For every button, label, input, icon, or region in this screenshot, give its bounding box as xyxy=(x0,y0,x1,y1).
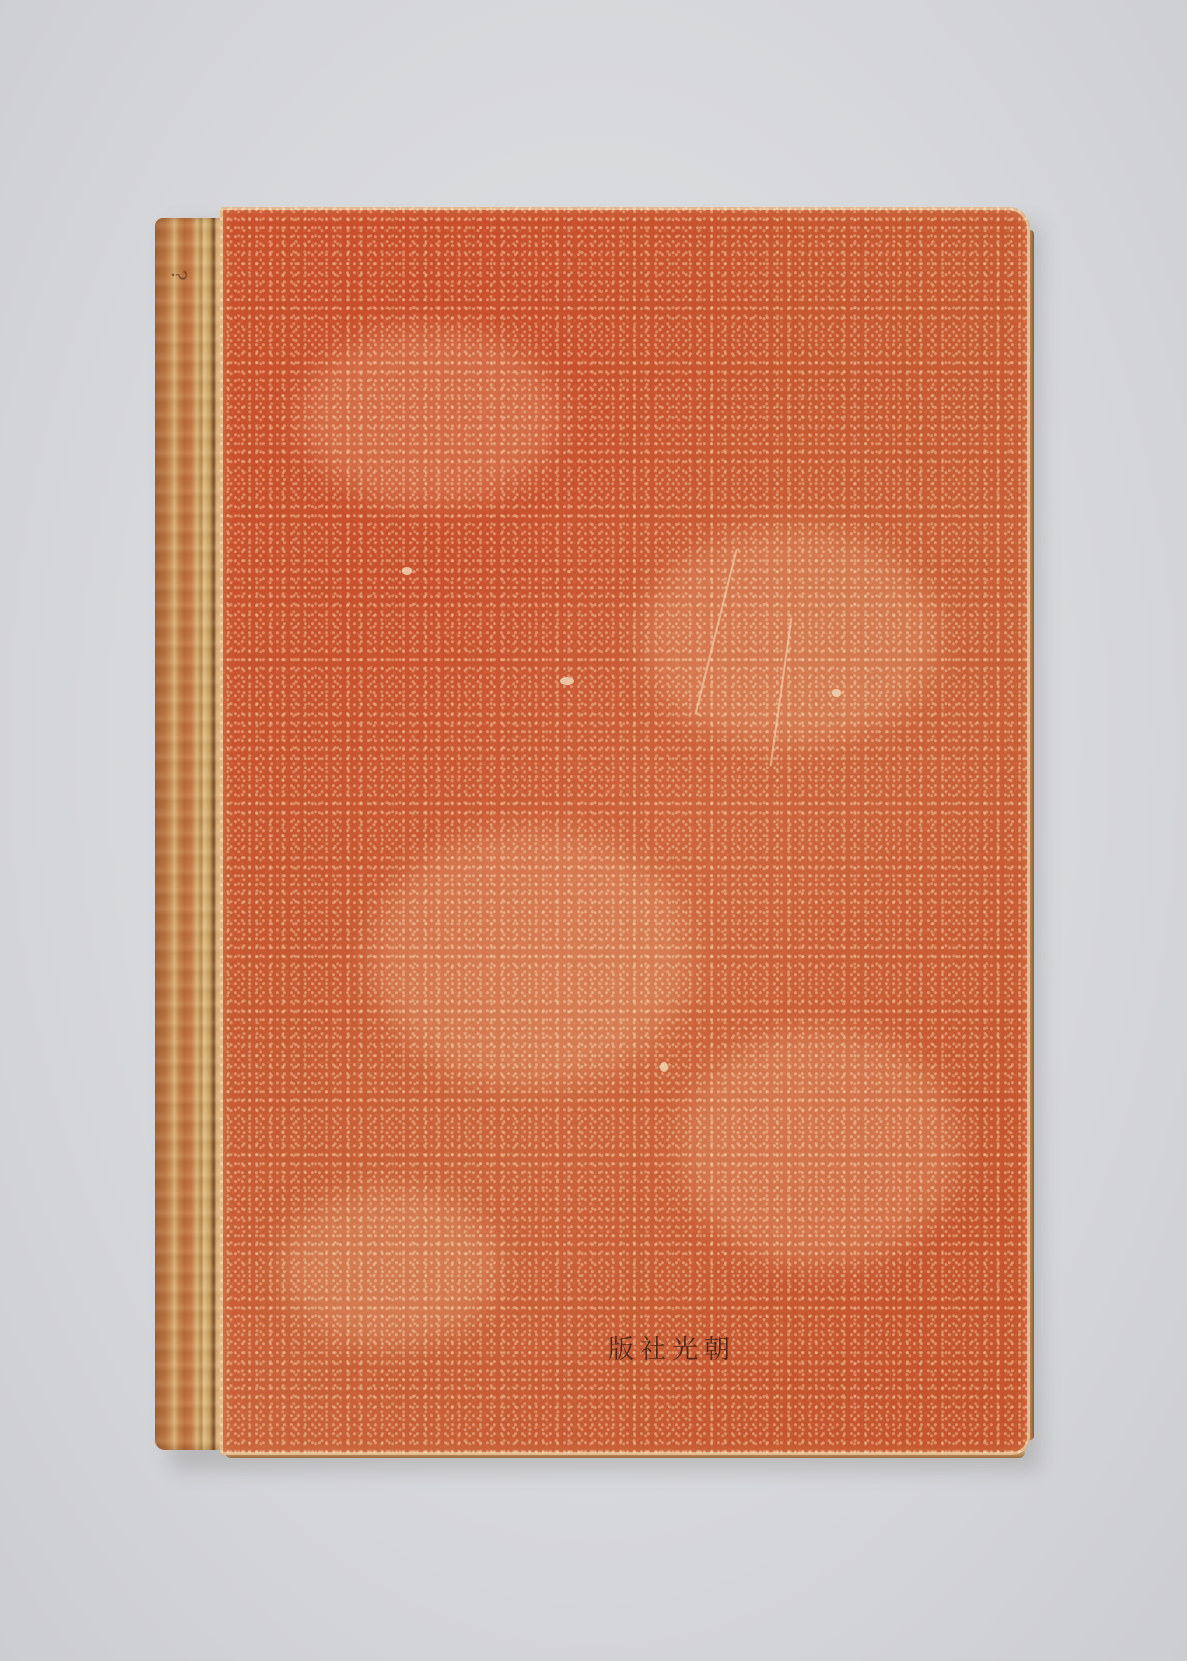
scuff-mark xyxy=(402,567,412,575)
cover-texture xyxy=(220,207,1030,1455)
scuff-mark xyxy=(560,677,574,685)
scuff-mark xyxy=(832,689,841,697)
spine-title: ? xyxy=(167,270,191,281)
scuff-mark xyxy=(660,1062,668,1072)
book-front-cover: 版社光朝 xyxy=(220,207,1030,1455)
book-spine: ? xyxy=(155,218,225,1450)
publisher-imprint: 版社光朝 xyxy=(608,1329,736,1366)
